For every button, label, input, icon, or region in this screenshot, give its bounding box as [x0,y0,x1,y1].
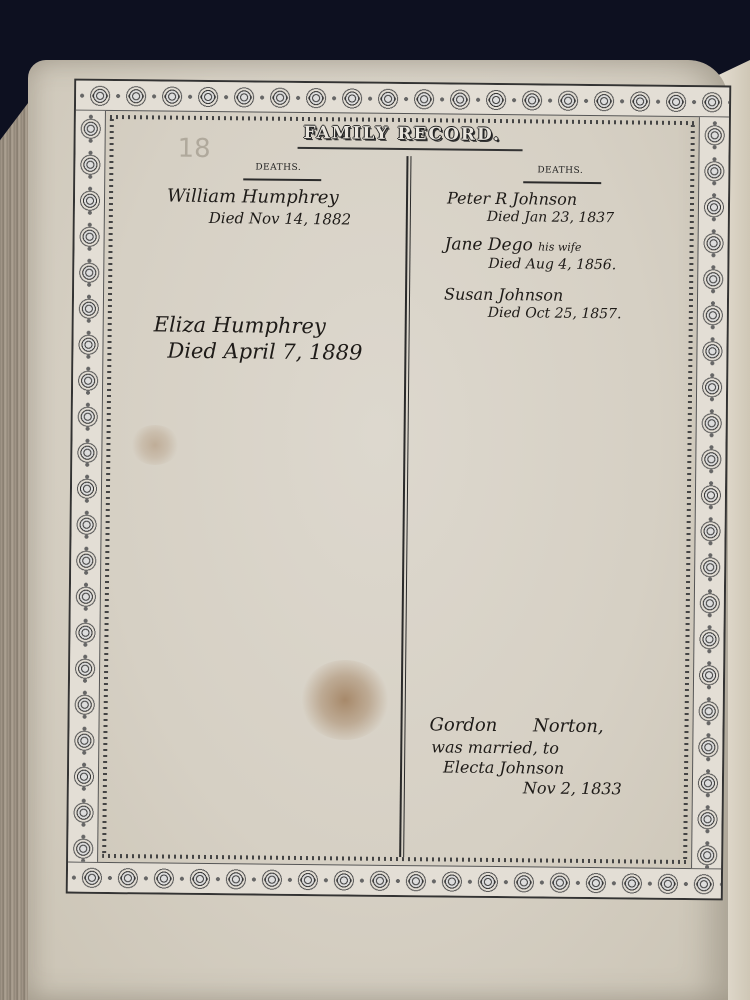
entry-name: William Humphrey [167,186,351,210]
marriage-line-3: Electa Johnson [429,757,622,779]
entry-name: Susan Johnson [444,284,622,306]
entry-name: Jane Dego [444,234,532,255]
entry-detail: Died Jan 23, 1837 [447,208,614,227]
right-header-rule [523,181,601,184]
marriage-date: Nov 2, 1833 [429,777,622,799]
column-divider [399,156,411,857]
border-ornament-top [76,81,729,118]
death-entry: William Humphrey Died Nov 14, 1882 [167,186,352,229]
marriage-entry: Gordon Norton, was married, to Electa Jo… [429,714,623,799]
entry-name: Peter R Johnson [447,188,614,210]
death-entry: Peter R Johnson Died Jan 23, 1837 [447,188,615,227]
marriage-line-2: was married, to [429,737,622,759]
entry-detail: Died Aug 4, 1856. [444,256,616,275]
page-title: FAMILY RECORD. [76,121,729,148]
border-ornament-right [691,117,729,868]
death-entry: Eliza Humphrey Died April 7, 1889 [153,311,363,366]
entry-detail: Died Nov 14, 1882 [167,208,351,229]
death-entry: Susan Johnson Died Oct 25, 1857. [444,284,622,323]
death-entry: Jane Dego his wife Died Aug 4, 1856. [444,234,616,275]
entry-detail: Died April 7, 1889 [153,338,362,366]
right-column-header: DEATHS. [537,165,583,175]
border-ornament-bottom [68,862,721,899]
border-ornament-left [68,111,106,862]
ornamental-frame: 18 FAMILY RECORD. DEATHS. DEATHS. Willia… [66,79,731,901]
entry-name: Eliza Humphrey [154,311,363,339]
entry-note: his wife [538,240,581,253]
entry-detail: Died Oct 25, 1857. [444,304,622,323]
marriage-line-1: Gordon Norton, [429,714,622,739]
title-rule [298,147,523,151]
left-column-header: DEATHS. [255,162,301,172]
left-header-rule [243,178,321,181]
